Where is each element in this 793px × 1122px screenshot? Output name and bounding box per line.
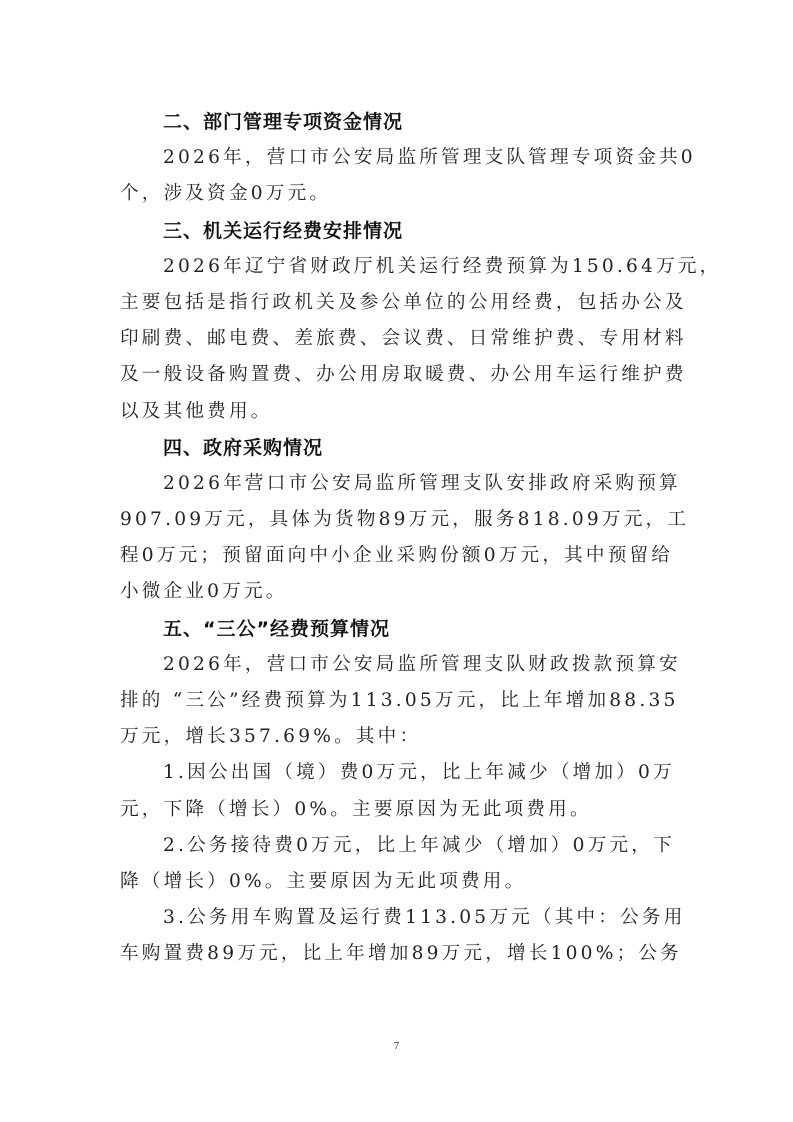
paragraph-line: 小微企业0万元。 xyxy=(120,574,676,610)
list-item-line: 3.公务用车购置及运行费113.05万元（其中：公务用 xyxy=(120,900,676,936)
list-item-line: 降（增长）0%。主要原因为无此项费用。 xyxy=(120,864,676,900)
list-item-line: 元，下降（增长）0%。主要原因为无此项费用。 xyxy=(120,792,676,828)
document-page: 二、部门管理专项资金情况 2026年，营口市公安局监所管理支队管理专项资金共0 … xyxy=(0,0,793,1122)
list-item-line: 2.公务接待费0万元，比上年减少（增加）0万元，下 xyxy=(120,828,676,864)
paragraph-line: 2026年，营口市公安局监所管理支队财政拨款预算安 xyxy=(120,647,676,683)
section-heading-procurement: 四、政府采购情况 xyxy=(120,430,676,466)
list-item-line: 1.因公出国（境）费0万元，比上年减少（增加）0万 xyxy=(120,755,676,791)
paragraph-line: 万元，增长357.69%。其中： xyxy=(120,719,676,755)
paragraph-line: 2026年营口市公安局监所管理支队安排政府采购预算 xyxy=(120,466,676,502)
paragraph-line: 以及其他费用。 xyxy=(120,394,676,430)
paragraph-line: 907.09万元，具体为货物89万元，服务818.09万元，工 xyxy=(120,502,676,538)
section-heading-special-funds: 二、部门管理专项资金情况 xyxy=(120,104,676,140)
page-body: 二、部门管理专项资金情况 2026年，营口市公安局监所管理支队管理专项资金共0 … xyxy=(120,104,676,973)
paragraph-line: 2026年，营口市公安局监所管理支队管理专项资金共0 xyxy=(120,140,676,176)
paragraph-line: 程0万元；预留面向中小企业采购份额0万元，其中预留给 xyxy=(120,538,676,574)
paragraph-line: 2026年辽宁省财政厅机关运行经费预算为150.64万元， xyxy=(120,249,676,285)
list-item-line: 车购置费89万元，比上年增加89万元，增长100%；公务 xyxy=(120,936,676,972)
page-number: 7 xyxy=(0,1040,793,1052)
paragraph-line: 主要包括是指行政机关及参公单位的公用经费，包括办公及 xyxy=(120,285,676,321)
section-heading-operating-expenses: 三、机关运行经费安排情况 xyxy=(120,213,676,249)
paragraph-line: 印刷费、邮电费、差旅费、会议费、日常维护费、专用材料 xyxy=(120,321,676,357)
section-heading-three-public: 五、“三公”经费预算情况 xyxy=(120,611,676,647)
paragraph-line: 排的 “三公”经费预算为113.05万元，比上年增加88.35 xyxy=(120,683,676,719)
paragraph-line: 及一般设备购置费、办公用房取暖费、办公用车运行维护费 xyxy=(120,357,676,393)
paragraph-line: 个，涉及资金0万元。 xyxy=(120,176,676,212)
